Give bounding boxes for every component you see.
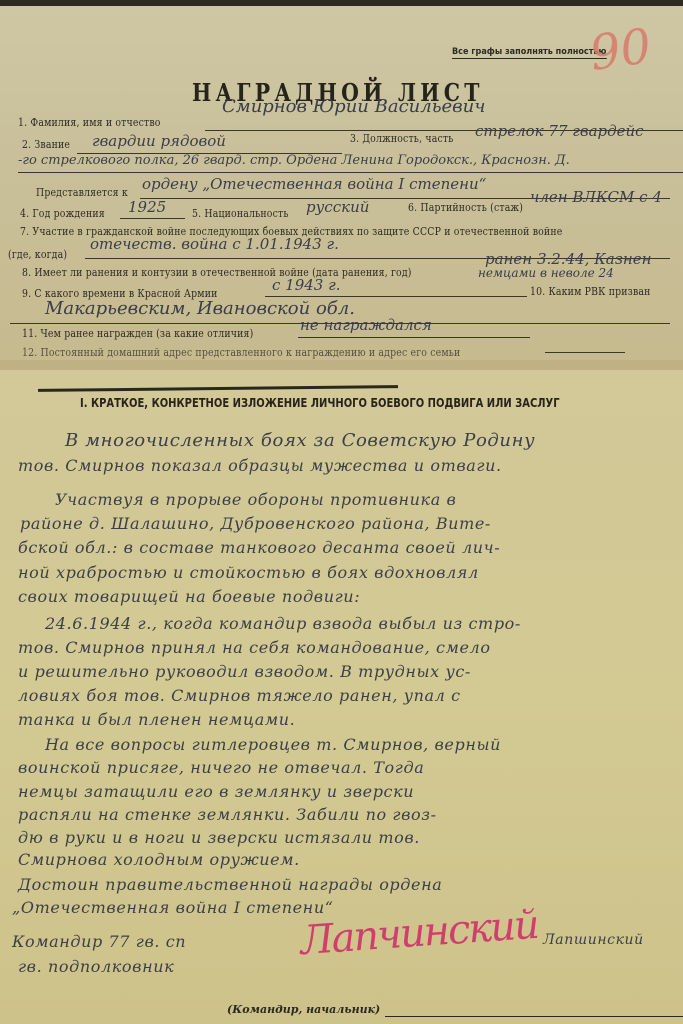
field-6-label: 6. Партийность (стаж) [408,201,523,214]
field-11-label: 11. Чем ранее награжден (за какие отличи… [22,327,253,340]
narrative-line: Смирнова холодным оружием. [18,850,300,869]
narrative-line: бской обл.: в составе танкового десанта … [18,538,500,557]
field-5-value: русский [306,198,369,216]
field-4-value: 1925 [128,198,166,216]
field-2-value: гвардии рядовой [92,132,226,150]
narrative-line: ловиях боя тов. Смирнов тяжело ранен, уп… [18,686,461,705]
field-3-value-cont: -го стрелкового полка, 26 гвард. стр. Ор… [18,153,570,168]
field-3-label: 3. Должность, часть [350,132,453,145]
narrative-line: районе д. Шалашино, Дубровенского района… [20,514,491,533]
field-11-underline [298,337,530,338]
narrative-line: тов. Смирнов принял на себя командование… [18,638,491,657]
narrative-line: ной храбростью и стойкостью в боях вдохн… [18,563,479,582]
presented-value: ордену „Отечественная война I степени“ [142,175,486,193]
narrative-line: 24.6.1944 г., когда командир взвода выбы… [45,614,521,633]
signoff-commander-line: Командир 77 гв. сп [12,932,186,951]
field-9-underline [265,296,527,297]
field-3-value: стрелок 77 гвардейс [475,122,644,140]
fill-all-fields-note: Все графы заполнять полностью [452,47,606,59]
signoff-printed-name: Лапшинский [543,932,644,948]
field-12-underline [545,352,625,353]
signoff-rank-line: гв. подполковник [18,957,174,976]
field-12-label: 12. Постоянный домашний адрес представле… [22,346,460,359]
narrative-line: Достоин правительственной награды ордена [18,875,442,894]
field-10-label: 10. Каким РВК призван [530,285,651,298]
footer-underline [385,1016,683,1017]
narrative-line: В многочисленных боях за Советскую Родин… [65,430,535,451]
narrative-line: своих товарищей на боевые подвиги: [18,587,360,606]
narrative-line: и решительно руководил взводом. В трудны… [18,662,471,681]
narrative-line: воинской присяге, ничего не отвечал. Тог… [18,758,424,777]
field-1-label: 1. Фамилия, имя и отчество [18,116,161,129]
field-3-underline [18,172,683,173]
field-4-label: 4. Год рождения [20,207,105,220]
field-11-value: не награждался [300,316,432,334]
field-4-underline [120,218,185,219]
narrative-line: дю в руки и в ноги и зверски истязали то… [18,828,420,847]
field-2-label: 2. Звание [22,138,70,151]
field-1-value: Смирнов Юрий Васильевич [222,96,485,117]
field-9-value: с 1943 г. [272,276,340,294]
section-heading: I. КРАТКОЕ, КОНКРЕТНОЕ ИЗЛОЖЕНИЕ ЛИЧНОГО… [80,396,560,410]
presented-label: Представляется к [36,186,128,199]
field-7-label-cont: (где, когда) [8,248,67,261]
narrative-line: тов. Смирнов показал образцы мужества и … [18,456,502,475]
narrative-line: Участвуя в прорыве обороны противника в [55,490,456,509]
field-8-value-cont: немцами в неволе 24 [478,266,614,280]
field-7-value: отечеств. война с 1.01.1943 г. [90,235,339,253]
narrative-line: На все вопросы гитлеровцев т. Смирнов, в… [45,735,501,754]
field-8-label: 8. Имеет ли ранения и контузии в отечест… [22,266,412,279]
narrative-line: танка и был пленен немцами. [18,710,295,729]
narrative-line: „Отечественная война I степени“ [12,898,334,917]
footer-commander-label: (Командир, начальник) [227,1003,380,1016]
field-5-label: 5. Национальность [192,207,289,220]
red-pencil-mark: 90 [586,18,654,82]
narrative-line: немцы затащили его в землянку и зверски [18,782,414,801]
narrative-line: распяли на стенке землянки. Забили по гв… [18,805,437,824]
field-6-value: член ВЛКСМ с 4 [530,188,662,206]
